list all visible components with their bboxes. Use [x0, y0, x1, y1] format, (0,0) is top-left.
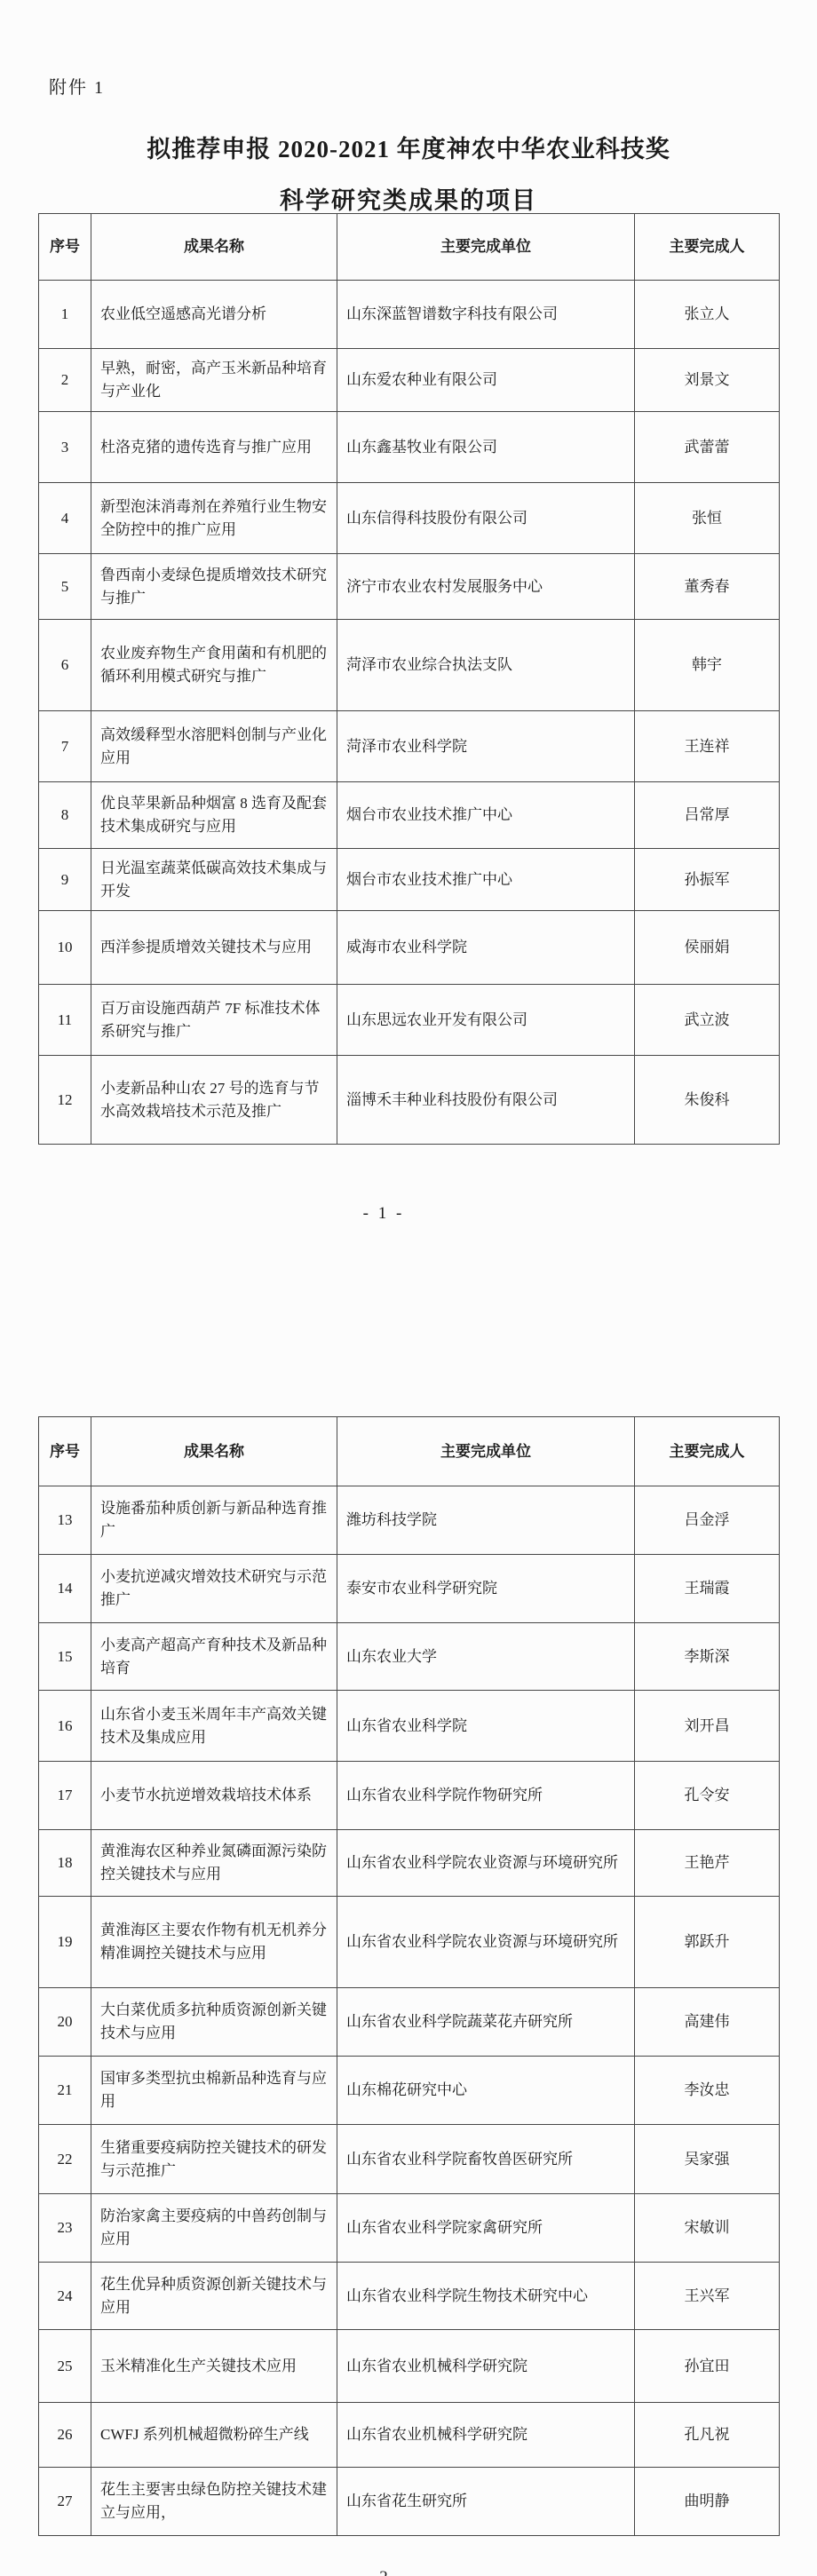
serial-number-cell: 11	[39, 985, 91, 1056]
main-person-cell: 曲明静	[635, 2468, 780, 2536]
main-unit-cell: 山东鑫基牧业有限公司	[337, 412, 635, 483]
main-unit-cell: 山东深蓝智谱数字科技有限公司	[337, 281, 635, 349]
main-unit-cell: 山东棉花研究中心	[337, 2057, 635, 2125]
main-unit-cell: 烟台市农业技术推广中心	[337, 849, 635, 911]
achievement-name-cell: 大白菜优质多抗种质资源创新关键技术与应用	[91, 1988, 337, 2057]
table-row: 25 玉米精准化生产关键技术应用 山东省农业机械科学研究院 孙宜田	[39, 2330, 780, 2403]
table-row: 14 小麦抗逆减灾增效技术研究与示范推广 泰安市农业科学研究院 王瑞霞	[39, 1555, 780, 1623]
table-row: 21 国审多类型抗虫棉新品种选育与应用 山东棉花研究中心 李汝忠	[39, 2057, 780, 2125]
main-person-cell: 吴家强	[635, 2125, 780, 2194]
achievement-name-cell: 防治家禽主要疫病的中兽药创制与应用	[91, 2194, 337, 2263]
achievement-name-cell: 花生主要害虫绿色防控关键技术建立与应用，	[91, 2468, 337, 2536]
main-person-cell: 宋敏训	[635, 2194, 780, 2263]
header-achievement-name: 成果名称	[91, 1417, 337, 1486]
main-person-cell: 李斯深	[635, 1623, 780, 1691]
main-unit-cell: 山东爱农种业有限公司	[337, 349, 635, 412]
main-person-cell: 武蕾蕾	[635, 412, 780, 483]
table-row: 18 黄淮海农区种养业氮磷面源污染防控关键技术与应用 山东省农业科学院农业资源与…	[39, 1830, 780, 1897]
table-row: 27 花生主要害虫绿色防控关键技术建立与应用， 山东省花生研究所 曲明静	[39, 2468, 780, 2536]
main-unit-cell: 山东省农业机械科学研究院	[337, 2330, 635, 2403]
table-row: 16 山东省小麦玉米周年丰产高效关键技术及集成应用 山东省农业科学院 刘开昌	[39, 1691, 780, 1762]
achievement-name-cell: 杜洛克猪的遗传选育与推广应用	[91, 412, 337, 483]
main-unit-cell: 烟台市农业技术推广中心	[337, 782, 635, 849]
serial-number-cell: 4	[39, 483, 91, 554]
main-unit-cell: 泰安市农业科学研究院	[337, 1555, 635, 1623]
table-row: 8 优良苹果新品种烟富 8 选育及配套技术集成研究与应用 烟台市农业技术推广中心…	[39, 782, 780, 849]
table-row: 12 小麦新品种山农 27 号的选育与节水高效栽培技术示范及推广 淄博禾丰种业科…	[39, 1056, 780, 1145]
table-row: 24 花生优异种质资源创新关键技术与应用 山东省农业科学院生物技术研究中心 王兴…	[39, 2263, 780, 2330]
achievement-name-cell: 高效缓释型水溶肥料创制与产业化应用	[91, 711, 337, 782]
main-person-cell: 王瑞霞	[635, 1555, 780, 1623]
serial-number-cell: 18	[39, 1830, 91, 1897]
header-main-unit: 主要完成单位	[337, 214, 635, 281]
main-person-cell: 王连祥	[635, 711, 780, 782]
main-unit-cell: 山东信得科技股份有限公司	[337, 483, 635, 554]
main-unit-cell: 山东思远农业开发有限公司	[337, 985, 635, 1056]
main-unit-cell: 山东省农业机械科学研究院	[337, 2403, 635, 2468]
header-main-person: 主要完成人	[635, 214, 780, 281]
main-unit-cell: 淄博禾丰种业科技股份有限公司	[337, 1056, 635, 1145]
main-unit-cell: 山东省农业科学院	[337, 1691, 635, 1762]
serial-number-cell: 8	[39, 782, 91, 849]
achievement-name-cell: 黄淮海农区种养业氮磷面源污染防控关键技术与应用	[91, 1830, 337, 1897]
achievement-name-cell: CWFJ 系列机械超微粉碎生产线	[91, 2403, 337, 2468]
projects-table-page2: 序号 成果名称 主要完成单位 主要完成人 13 设施番茄种质创新与新品种选育推广…	[38, 1416, 780, 2536]
serial-number-cell: 10	[39, 911, 91, 985]
serial-number-cell: 16	[39, 1691, 91, 1762]
document-title-line2: 科学研究类成果的项目	[0, 181, 817, 216]
serial-number-cell: 9	[39, 849, 91, 911]
main-unit-cell: 济宁市农业农村发展服务中心	[337, 554, 635, 620]
achievement-name-cell: 黄淮海区主要农作物有机无机养分精准调控关键技术与应用	[91, 1897, 337, 1988]
main-person-cell: 李汝忠	[635, 2057, 780, 2125]
achievement-name-cell: 设施番茄种质创新与新品种选育推广	[91, 1486, 337, 1555]
table-row: 10 西洋参提质增效关键技术与应用 威海市农业科学院 侯丽娟	[39, 911, 780, 985]
achievement-name-cell: 小麦高产超高产育种技术及新品种培育	[91, 1623, 337, 1691]
main-person-cell: 孙宜田	[635, 2330, 780, 2403]
serial-number-cell: 21	[39, 2057, 91, 2125]
serial-number-cell: 20	[39, 1988, 91, 2057]
achievement-name-cell: 鲁西南小麦绿色提质增效技术研究与推广	[91, 554, 337, 620]
main-unit-cell: 潍坊科技学院	[337, 1486, 635, 1555]
main-unit-cell: 山东省农业科学院农业资源与环境研究所	[337, 1897, 635, 1988]
main-unit-cell: 山东省农业科学院农业资源与环境研究所	[337, 1830, 635, 1897]
table-row: 17 小麦节水抗逆增效栽培技术体系 山东省农业科学院作物研究所 孔令安	[39, 1762, 780, 1830]
achievement-name-cell: 百万亩设施西葫芦 7F 标准技术体系研究与推广	[91, 985, 337, 1056]
serial-number-cell: 6	[39, 620, 91, 711]
serial-number-cell: 12	[39, 1056, 91, 1145]
main-person-cell: 孔凡祝	[635, 2403, 780, 2468]
achievement-name-cell: 山东省小麦玉米周年丰产高效关键技术及集成应用	[91, 1691, 337, 1762]
attachment-label: 附件 1	[49, 73, 105, 99]
main-person-cell: 王兴军	[635, 2263, 780, 2330]
achievement-name-cell: 西洋参提质增效关键技术与应用	[91, 911, 337, 985]
main-person-cell: 孙振军	[635, 849, 780, 911]
achievement-name-cell: 优良苹果新品种烟富 8 选育及配套技术集成研究与应用	[91, 782, 337, 849]
table-row: 6 农业废弃物生产食用菌和有机肥的循环利用模式研究与推广 菏泽市农业综合执法支队…	[39, 620, 780, 711]
achievement-name-cell: 小麦抗逆减灾增效技术研究与示范推广	[91, 1555, 337, 1623]
main-unit-cell: 山东省农业科学院家禽研究所	[337, 2194, 635, 2263]
main-person-cell: 韩宇	[635, 620, 780, 711]
serial-number-cell: 3	[39, 412, 91, 483]
table-row: 7 高效缓释型水溶肥料创制与产业化应用 菏泽市农业科学院 王连祥	[39, 711, 780, 782]
table-row: 4 新型泡沫消毒剂在养殖行业生物安全防控中的推广应用 山东信得科技股份有限公司 …	[39, 483, 780, 554]
document-page: 附件 1 拟推荐申报 2020-2021 年度神农中华农业科技奖 科学研究类成果…	[0, 0, 817, 2576]
header-main-unit: 主要完成单位	[337, 1417, 635, 1486]
header-achievement-name: 成果名称	[91, 214, 337, 281]
table-row: 20 大白菜优质多抗种质资源创新关键技术与应用 山东省农业科学院蔬菜花卉研究所 …	[39, 1988, 780, 2057]
table-row: 1 农业低空遥感高光谱分析 山东深蓝智谱数字科技有限公司 张立人	[39, 281, 780, 349]
header-serial-number: 序号	[39, 214, 91, 281]
main-unit-cell: 山东省农业科学院蔬菜花卉研究所	[337, 1988, 635, 2057]
main-person-cell: 郭跃升	[635, 1897, 780, 1988]
main-person-cell: 王艳芹	[635, 1830, 780, 1897]
main-unit-cell: 山东省农业科学院畜牧兽医研究所	[337, 2125, 635, 2194]
achievement-name-cell: 花生优异种质资源创新关键技术与应用	[91, 2263, 337, 2330]
achievement-name-cell: 新型泡沫消毒剂在养殖行业生物安全防控中的推广应用	[91, 483, 337, 554]
page-number-1: - 1 -	[0, 1204, 767, 1224]
table-row: 19 黄淮海区主要农作物有机无机养分精准调控关键技术与应用 山东省农业科学院农业…	[39, 1897, 780, 1988]
achievement-name-cell: 农业低空遥感高光谱分析	[91, 281, 337, 349]
main-person-cell: 刘开昌	[635, 1691, 780, 1762]
achievement-name-cell: 生猪重要疫病防控关键技术的研发与示范推广	[91, 2125, 337, 2194]
serial-number-cell: 19	[39, 1897, 91, 1988]
main-person-cell: 吕常厚	[635, 782, 780, 849]
main-unit-cell: 山东省农业科学院作物研究所	[337, 1762, 635, 1830]
achievement-name-cell: 国审多类型抗虫棉新品种选育与应用	[91, 2057, 337, 2125]
main-unit-cell: 威海市农业科学院	[337, 911, 635, 985]
serial-number-cell: 17	[39, 1762, 91, 1830]
main-person-cell: 侯丽娟	[635, 911, 780, 985]
main-person-cell: 张恒	[635, 483, 780, 554]
serial-number-cell: 13	[39, 1486, 91, 1555]
main-person-cell: 朱俊科	[635, 1056, 780, 1145]
table-row: 22 生猪重要疫病防控关键技术的研发与示范推广 山东省农业科学院畜牧兽医研究所 …	[39, 2125, 780, 2194]
main-person-cell: 吕金浮	[635, 1486, 780, 1555]
table-header-row: 序号 成果名称 主要完成单位 主要完成人	[39, 1417, 780, 1486]
serial-number-cell: 7	[39, 711, 91, 782]
page-number-2-partial: 2	[0, 2568, 767, 2576]
serial-number-cell: 26	[39, 2403, 91, 2468]
header-serial-number: 序号	[39, 1417, 91, 1486]
achievement-name-cell: 小麦新品种山农 27 号的选育与节水高效栽培技术示范及推广	[91, 1056, 337, 1145]
main-person-cell: 董秀春	[635, 554, 780, 620]
table-row: 23 防治家禽主要疫病的中兽药创制与应用 山东省农业科学院家禽研究所 宋敏训	[39, 2194, 780, 2263]
main-unit-cell: 山东农业大学	[337, 1623, 635, 1691]
achievement-name-cell: 小麦节水抗逆增效栽培技术体系	[91, 1762, 337, 1830]
main-person-cell: 张立人	[635, 281, 780, 349]
main-unit-cell: 山东省花生研究所	[337, 2468, 635, 2536]
main-person-cell: 武立波	[635, 985, 780, 1056]
main-person-cell: 高建伟	[635, 1988, 780, 2057]
serial-number-cell: 25	[39, 2330, 91, 2403]
table-row: 9 日光温室蔬菜低碳高效技术集成与开发 烟台市农业技术推广中心 孙振军	[39, 849, 780, 911]
serial-number-cell: 1	[39, 281, 91, 349]
header-main-person: 主要完成人	[635, 1417, 780, 1486]
table-row: 2 早熟，耐密，高产玉米新品种培育与产业化 山东爱农种业有限公司 刘景文	[39, 349, 780, 412]
serial-number-cell: 24	[39, 2263, 91, 2330]
serial-number-cell: 22	[39, 2125, 91, 2194]
table-row: 11 百万亩设施西葫芦 7F 标准技术体系研究与推广 山东思远农业开发有限公司 …	[39, 985, 780, 1056]
serial-number-cell: 2	[39, 349, 91, 412]
main-person-cell: 孔令安	[635, 1762, 780, 1830]
achievement-name-cell: 日光温室蔬菜低碳高效技术集成与开发	[91, 849, 337, 911]
serial-number-cell: 23	[39, 2194, 91, 2263]
table-row: 26 CWFJ 系列机械超微粉碎生产线 山东省农业机械科学研究院 孔凡祝	[39, 2403, 780, 2468]
table-row: 13 设施番茄种质创新与新品种选育推广 潍坊科技学院 吕金浮	[39, 1486, 780, 1555]
main-unit-cell: 山东省农业科学院生物技术研究中心	[337, 2263, 635, 2330]
table-header-row: 序号 成果名称 主要完成单位 主要完成人	[39, 214, 780, 281]
serial-number-cell: 5	[39, 554, 91, 620]
projects-table-page1: 序号 成果名称 主要完成单位 主要完成人 1 农业低空遥感高光谱分析 山东深蓝智…	[38, 213, 780, 1145]
document-title-line1: 拟推荐申报 2020-2021 年度神农中华农业科技奖	[0, 130, 817, 164]
table-row: 15 小麦高产超高产育种技术及新品种培育 山东农业大学 李斯深	[39, 1623, 780, 1691]
main-unit-cell: 菏泽市农业科学院	[337, 711, 635, 782]
achievement-name-cell: 早熟，耐密，高产玉米新品种培育与产业化	[91, 349, 337, 412]
table-row: 5 鲁西南小麦绿色提质增效技术研究与推广 济宁市农业农村发展服务中心 董秀春	[39, 554, 780, 620]
serial-number-cell: 27	[39, 2468, 91, 2536]
table-row: 3 杜洛克猪的遗传选育与推广应用 山东鑫基牧业有限公司 武蕾蕾	[39, 412, 780, 483]
serial-number-cell: 15	[39, 1623, 91, 1691]
achievement-name-cell: 农业废弃物生产食用菌和有机肥的循环利用模式研究与推广	[91, 620, 337, 711]
serial-number-cell: 14	[39, 1555, 91, 1623]
main-person-cell: 刘景文	[635, 349, 780, 412]
achievement-name-cell: 玉米精准化生产关键技术应用	[91, 2330, 337, 2403]
main-unit-cell: 菏泽市农业综合执法支队	[337, 620, 635, 711]
